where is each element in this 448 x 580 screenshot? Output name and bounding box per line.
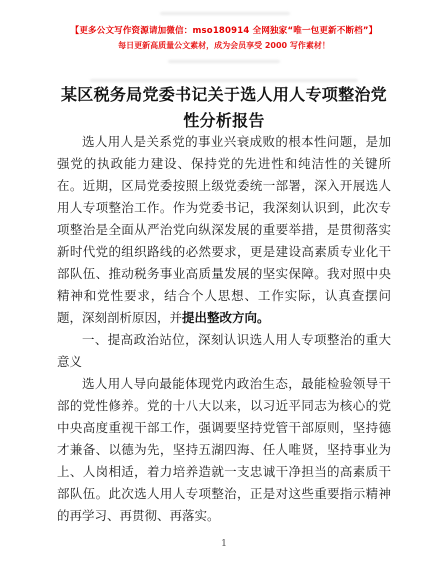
scan-artifact-line (160, 12, 290, 15)
paragraph-1-bold-phrase: 提出整改方向。 (182, 310, 270, 325)
scan-artifact-line (168, 60, 280, 63)
paragraph-1-text: 选人用人是关系党的事业兴衰成败的根本性问题，是加强党的执政能力建设、保持党的先进… (57, 134, 391, 325)
document-body: 选人用人是关系党的事业兴衰成败的根本性问题，是加强党的执政能力建设、保持党的先进… (57, 131, 391, 527)
paragraph-1: 选人用人是关系党的事业兴衰成败的根本性问题，是加强党的执政能力建设、保持党的先进… (57, 131, 391, 329)
paragraph-2: 选人用人导向最能体现党内政治生态，最能检验领导干部的党性修养。党的十八大以来，以… (57, 373, 391, 527)
document-page: 【更多公文写作资源请加微信：mso180914 全网独家“唯一包更新不断档”】 … (0, 0, 448, 580)
promo-header: 【更多公文写作资源请加微信：mso180914 全网独家“唯一包更新不断档”】 … (0, 25, 448, 53)
section-heading-1: 一、提高政治站位，深刻认识选人用人专项整治的重大意义 (57, 329, 391, 373)
promo-line-2: 每日更新高质量公文素材，成为会员享受 2000 写作素材！ (0, 38, 448, 53)
document-title: 某区税务局党委书记关于选人用人专项整治党性分析报告 (57, 82, 391, 134)
promo-line-1: 【更多公文写作资源请加微信：mso180914 全网独家“唯一包更新不断档”】 (0, 25, 448, 38)
page-number: 1 (0, 538, 448, 549)
